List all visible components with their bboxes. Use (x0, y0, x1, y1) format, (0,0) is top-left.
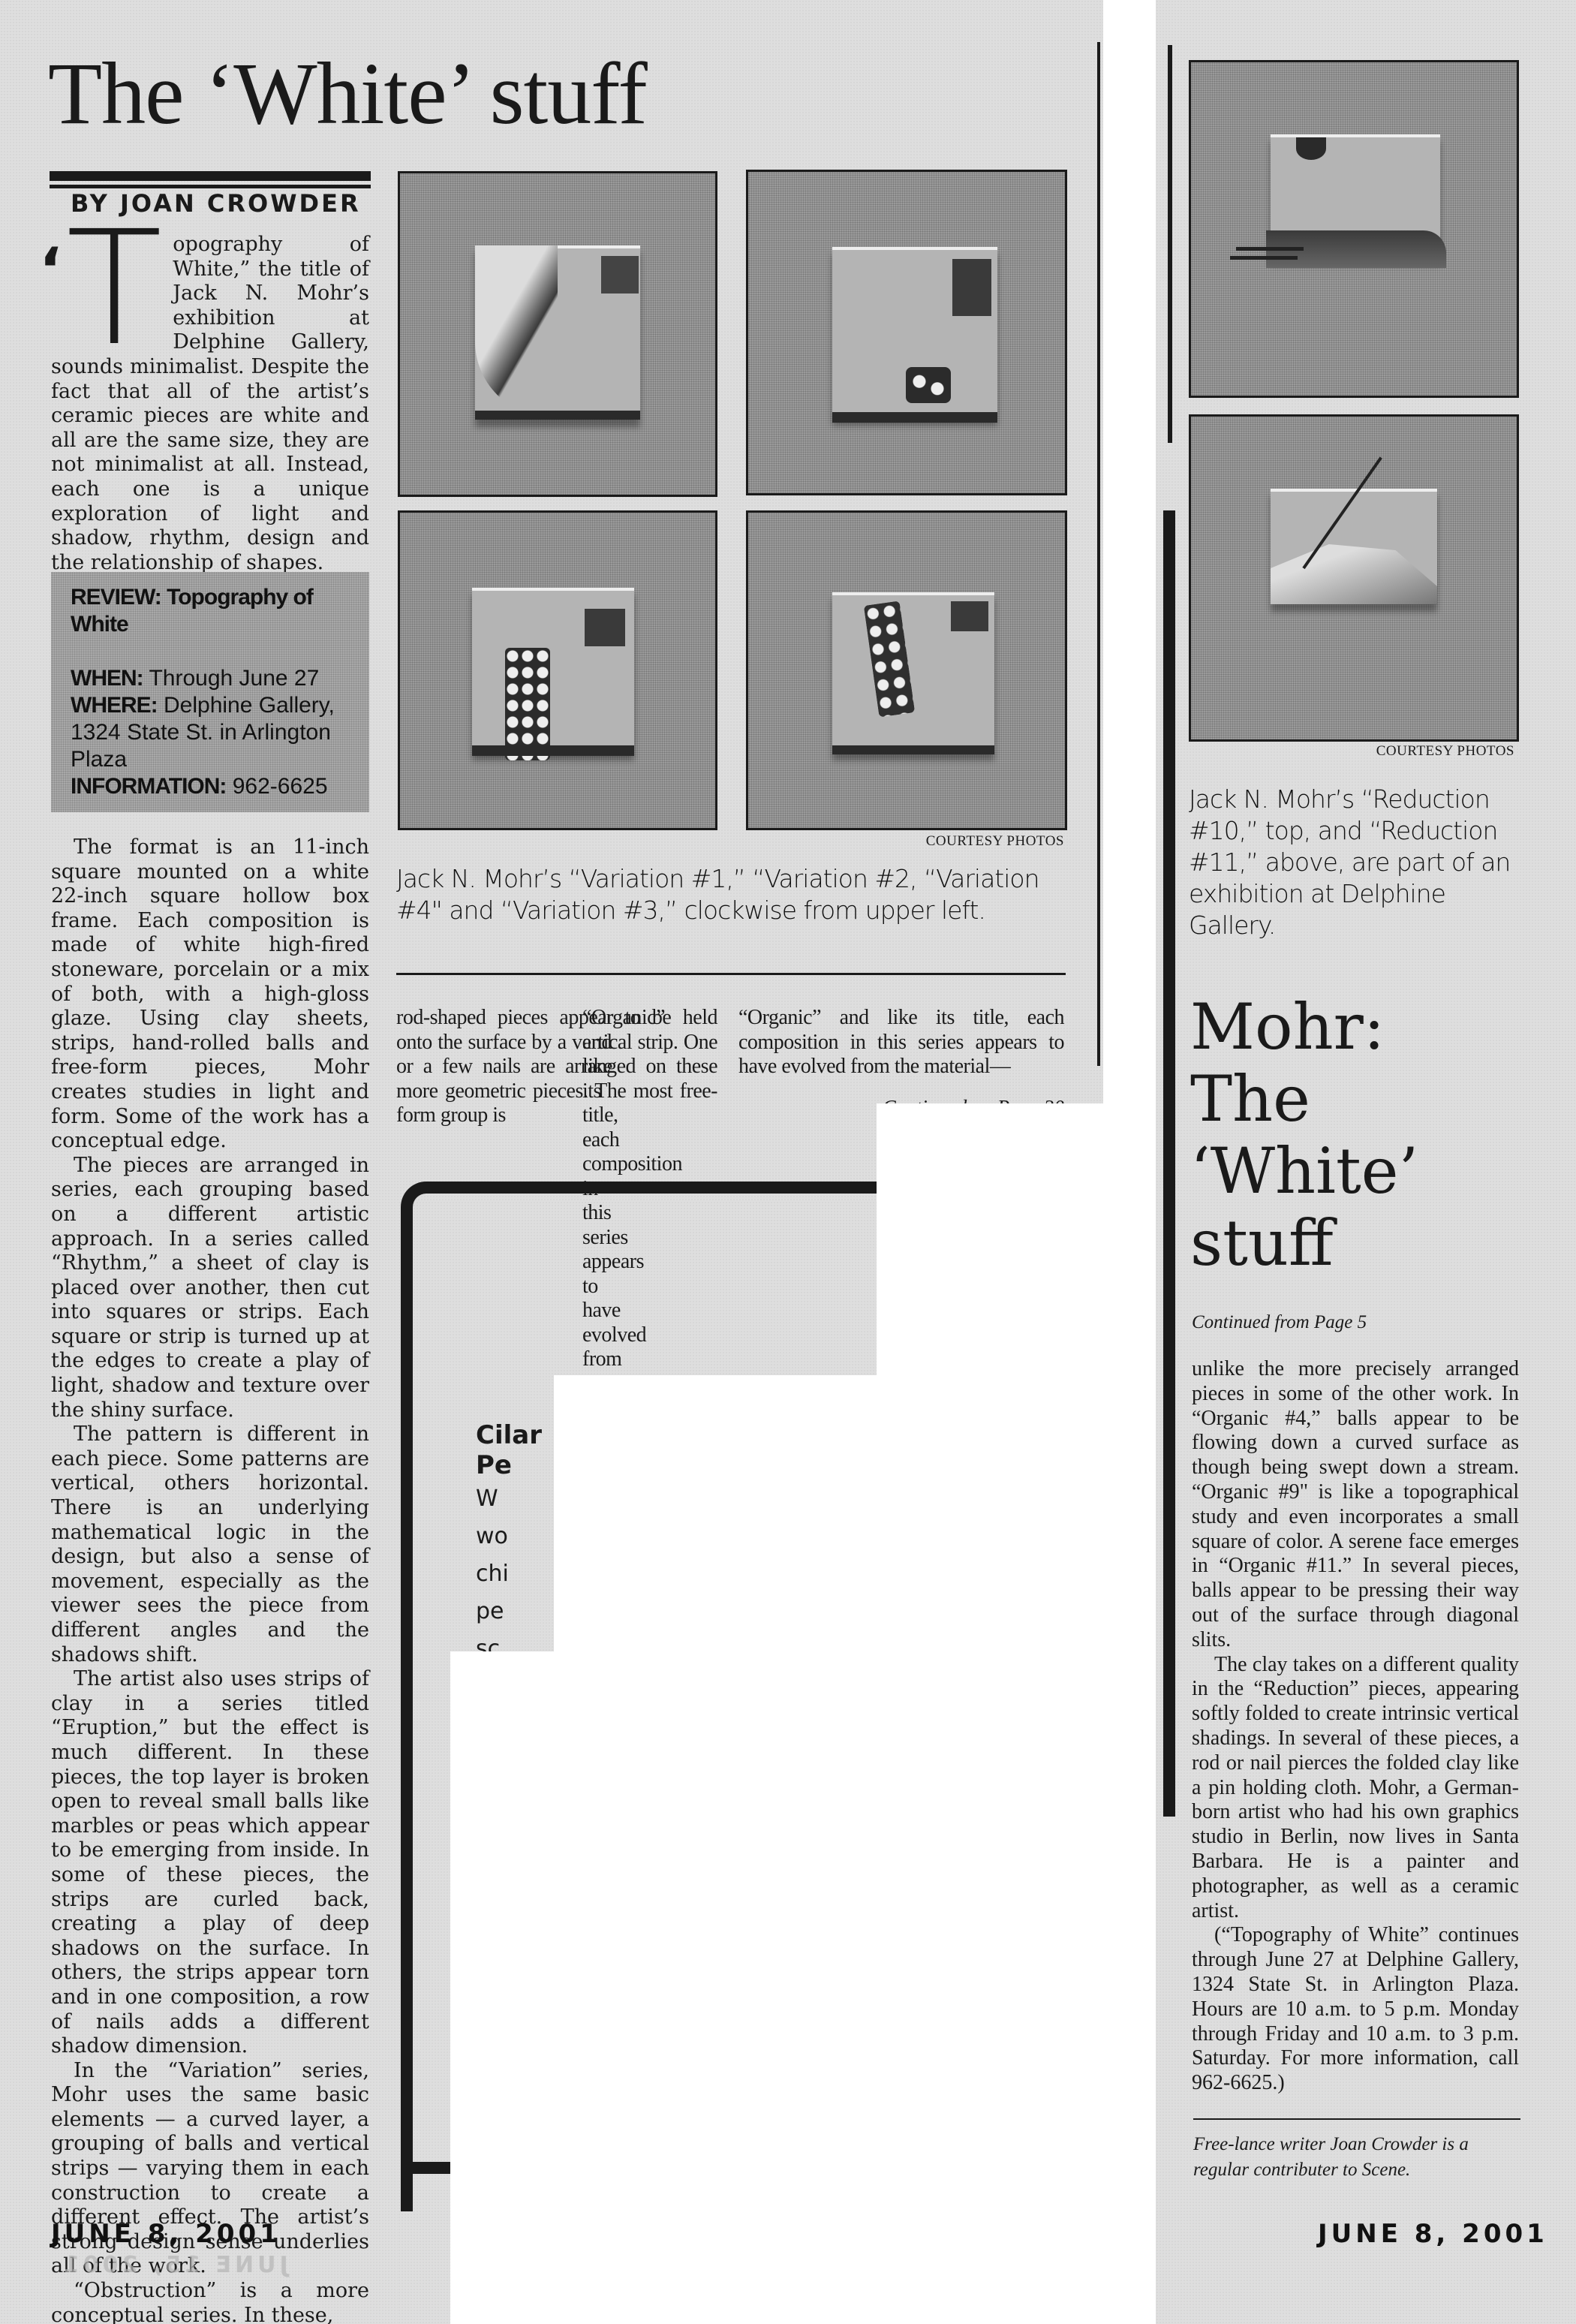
sidebar-title-1: Cilar (476, 1420, 542, 1450)
base-shadow (472, 745, 634, 756)
vertical-strip (585, 609, 625, 646)
sidebar-line: wo (476, 1518, 542, 1555)
caption-rule (396, 973, 1066, 975)
sidebar-title-2: Pe (476, 1450, 542, 1480)
review-info-box: REVIEW: Topography of White WHEN: Throug… (51, 572, 369, 812)
byline-rule-thin (50, 185, 371, 188)
balls-column (505, 648, 550, 760)
paragraph: The pattern is different in each piece. … (51, 1422, 369, 1667)
photo-credit-variation: COURTESY PHOTOS (826, 833, 1064, 850)
date-footer-right: JUNE 8, 2001 (1318, 2219, 1548, 2249)
middle-column-1: rod-shaped pieces appear to be held onto… (396, 1006, 717, 1128)
base-shadow (832, 412, 997, 423)
byline-rule-thick (50, 171, 371, 181)
continued-from-jump: Continued from Page 5 (1192, 1312, 1367, 1333)
paragraph: (“Topography of White” continues through… (1192, 1923, 1519, 2096)
vertical-strip (601, 256, 639, 294)
photo-caption-variation: Jack N. Mohr’s “Variation #1,” “Variatio… (396, 863, 1057, 926)
left-body-column: The format is an 11-inch square mounted … (51, 835, 369, 2324)
paragraph: The clay takes on a different quality in… (1192, 1653, 1519, 1924)
edge-rule-thin (1168, 45, 1172, 443)
column-divider-right (1097, 42, 1100, 1066)
photo-variation-1 (398, 171, 717, 497)
photo-reduction-10 (1189, 60, 1519, 398)
ghost-date-bleedthrough: JUNE 15, 2001 (60, 2252, 288, 2278)
information-value: 962-6625 (233, 774, 328, 799)
sidebar-fragment: Cilar Pe W wo chi pe sc (476, 1420, 542, 1668)
review-information: INFORMATION: 962-6625 (71, 773, 350, 800)
when-label: WHEN: (71, 666, 143, 691)
paragraph: unlike the more precisely arranged piece… (1192, 1357, 1519, 1653)
lead-paragraph: ‘ T opography of White,” the title of Ja… (51, 233, 369, 575)
photo-caption-reduction: Jack N. Mohr’s “Reduction #10,” top, and… (1189, 784, 1511, 941)
photo-reduction-11 (1189, 414, 1519, 742)
photo-variation-2 (746, 170, 1067, 495)
date-footer-left: JUNE 8, 2001 (51, 2219, 281, 2249)
tagline-rule (1193, 2118, 1520, 2120)
photo-variation-4 (398, 510, 717, 830)
middle-column-2-text: “Organic” and like its title, each compo… (738, 1006, 1064, 1079)
photo-variation-3 (746, 510, 1067, 830)
base-shadow (475, 411, 640, 420)
sidebar-line: W (476, 1480, 542, 1518)
review-where: WHERE: Delphine Gallery, 1324 State St. … (71, 692, 350, 773)
review-when: WHEN: Through June 27 (71, 665, 350, 692)
paragraph: The artist also uses strips of clay in a… (51, 1667, 369, 2059)
review-title: REVIEW: Topography of White (71, 584, 350, 638)
paragraph: “Obstruction” is a more conceptual serie… (51, 2279, 369, 2324)
torn-cutout (554, 1375, 1154, 2324)
right-body-column: unlike the more precisely arranged piece… (1192, 1357, 1519, 2096)
torn-edge-rule (1163, 510, 1175, 1817)
notch-shadow (1296, 137, 1326, 160)
jump-headline-line: ‘White’ (1190, 1135, 1418, 1207)
when-value: Through June 27 (149, 666, 319, 691)
vertical-strip (952, 259, 991, 316)
dropcap-quote: ‘ (39, 240, 62, 300)
jump-headline-line: stuff (1190, 1207, 1418, 1279)
photo-credit-reduction: COURTESY PHOTOS (1291, 743, 1514, 760)
base-shadow (832, 745, 994, 754)
sidebar-line: chi (476, 1555, 542, 1593)
sidebar-box-bottom (401, 2162, 453, 2174)
headline: The ‘White’ stuff (48, 50, 647, 138)
sidebar-line: pe (476, 1593, 542, 1630)
where-label: WHERE: (71, 693, 158, 718)
balls-cluster (906, 367, 951, 403)
dropcap-letter: T (66, 233, 162, 353)
paragraph: The format is an 11-inch square mounted … (51, 835, 369, 1154)
jump-headline-line: The (1190, 1063, 1418, 1135)
author-tagline: Free-lance writer Joan Crowder is a regu… (1193, 2132, 1501, 2183)
paragraph: The pieces are arranged in series, each … (51, 1154, 369, 1423)
vertical-strip (951, 601, 988, 631)
nail-1 (1236, 247, 1304, 251)
information-label: INFORMATION: (71, 774, 226, 799)
nail-2 (1230, 256, 1298, 260)
jump-headline: Mohr: The ‘White’ stuff (1190, 991, 1418, 1279)
jump-headline-line: Mohr: (1190, 991, 1418, 1063)
torn-cutout-lower-left (450, 1651, 555, 2324)
torn-cutout-upper (877, 1103, 1154, 1381)
